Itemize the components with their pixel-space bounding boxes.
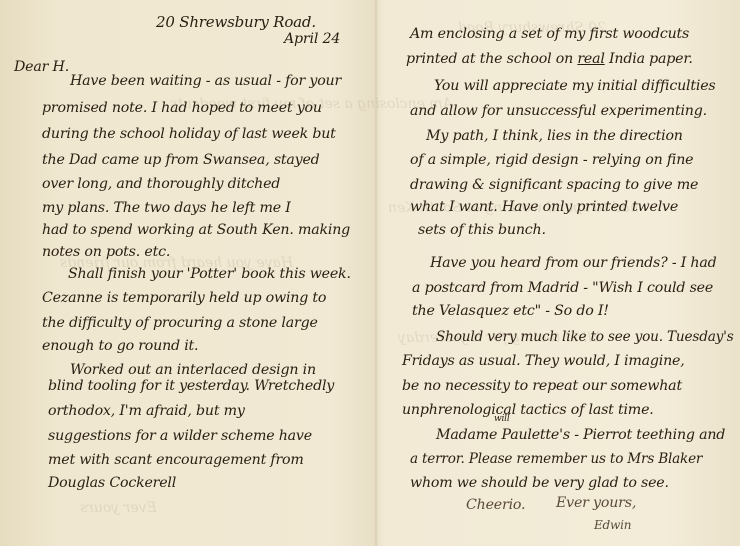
letter-line: drawing & significant spacing to give me — [410, 177, 698, 193]
letter-line: notes on pots. etc. — [42, 244, 170, 260]
letter-line: printed at the school on real India pape… — [406, 51, 693, 67]
letter-date: April 24 — [284, 31, 340, 47]
bleed-through-text: Ever yours — [80, 500, 157, 516]
letter-line: promised note. I had hoped to meet you — [42, 100, 322, 116]
letter-line: Fridays as usual. They would, I imagine, — [402, 353, 685, 369]
letter-address: 20 Shrewsbury Road. — [156, 13, 316, 31]
letter-line: Douglas Cockerell — [48, 475, 176, 491]
letter-spread: Am enclosing a set of my first woodcuts … — [0, 0, 740, 546]
letter-line: Have been waiting - as usual - for your — [70, 73, 341, 89]
letter-line: a terror. Please remember us to Mrs Blak… — [410, 451, 702, 467]
signature: Edwin — [594, 518, 631, 532]
letter-line: a postcard from Madrid - "Wish I could s… — [412, 280, 713, 296]
letter-line: over long, and thoroughly ditched — [42, 176, 280, 192]
letter-line: You will appreciate my initial difficult… — [434, 78, 715, 94]
letter-line: had to spend working at South Ken. makin… — [42, 222, 350, 238]
letter-line: be no necessity to repeat our somewhat — [402, 378, 682, 394]
closing-ever-yours: Ever yours, — [556, 495, 636, 511]
letter-line: My path, I think, lies in the direction — [426, 128, 683, 144]
letter-line: the Velasquez etc" - So do I! — [412, 303, 609, 319]
letter-line: Have you heard from our friends? - I had — [430, 255, 717, 271]
letter-line: unphrenological tactics of last time. — [402, 402, 654, 418]
letter-line: Should very much like to see you. Tuesda… — [436, 329, 734, 345]
letter-line: suggestions for a wilder scheme have — [48, 428, 312, 444]
left-page: Am enclosing a set of my first woodcuts … — [0, 0, 376, 546]
letter-salutation: Dear H. — [14, 59, 69, 75]
letter-line: my plans. The two days he left me I — [42, 200, 291, 216]
letter-line: blind tooling for it yesterday. Wretched… — [48, 378, 334, 394]
underlined-word: real — [577, 51, 604, 67]
letter-line: Shall finish your 'Potter' book this wee… — [68, 266, 351, 282]
closing-cheerio: Cheerio. — [466, 497, 525, 513]
letter-line: and allow for unsuccessful experimenting… — [410, 103, 707, 119]
letter-line: the Dad came up from Swansea, stayed — [42, 152, 320, 168]
letter-line: met with scant encouragement from — [48, 452, 304, 468]
letter-line: during the school holiday of last week b… — [42, 126, 336, 142]
letter-line: whom we should be very glad to see. — [410, 475, 669, 491]
right-page: 20 Shrewsbury Road had to spend working … — [378, 0, 740, 546]
superscript-insertion: will — [494, 414, 510, 424]
letter-line: Madame Paulette's - Pierrot teething and — [436, 427, 725, 443]
letter-line: of a simple, rigid design - relying on f… — [410, 152, 693, 168]
letter-line: Cezanne is temporarily held up owing to — [42, 290, 326, 306]
letter-line: orthodox, I'm afraid, but my — [48, 403, 245, 419]
letter-line: sets of this bunch. — [418, 222, 546, 238]
letter-line: Worked out an interlaced design in — [70, 362, 316, 378]
letter-line: Am enclosing a set of my first woodcuts — [410, 26, 689, 42]
letter-line: what I want. Have only printed twelve — [410, 199, 678, 215]
letter-line: the difficulty of procuring a stone larg… — [42, 315, 318, 331]
letter-line: enough to go round it. — [42, 338, 198, 354]
